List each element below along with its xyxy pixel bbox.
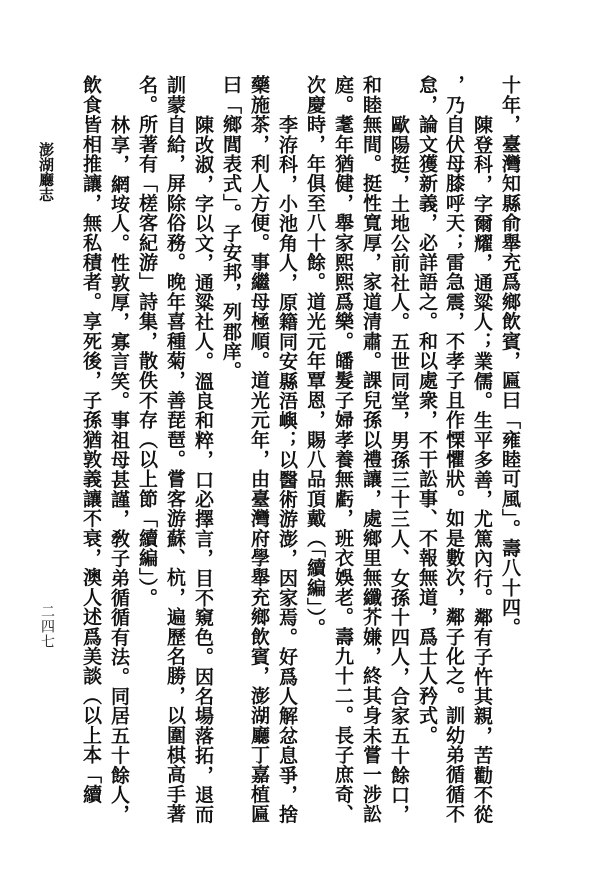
text-column-13: 訓蒙自給，屏除俗務。晚年喜種菊，善琵琶。嘗客游蘇、杭，遍歷名勝，以圍棋高手著: [163, 75, 187, 824]
text-column-16: 飲食皆相推讓，無私積者。享死後，子孫猶敦義讓不衰，澳人述爲美談（以上本「續: [79, 75, 103, 804]
text-column-9: 李洊科，小池角人，原籍同安縣浯嶼；以醫術游澎，因家焉。好爲人解忿息爭，捨: [275, 115, 299, 824]
text-column-1: 十年，臺灣知縣俞舉充爲鄉飲賓，匾曰「雍睦可風」。壽八十四。: [498, 75, 522, 637]
text-column-12: 陳改淑，字以文，通粱社人。溫良和粹，口必擇言，目不窺色。因名場落拓，退而: [191, 115, 215, 824]
document-page: 澎湖廳志 二四七 十年，臺灣知縣俞舉充爲鄉飲賓，匾曰「雍睦可風」。壽八十四。 陳…: [0, 0, 600, 881]
text-column-14: 名。所著有「槎客紀游」詩集，散佚不存（以上節「續編」）。: [135, 75, 159, 608]
running-head-title: 澎湖廳志: [36, 142, 57, 202]
text-column-7: 庭。耄年猶健，舉家熙熙爲樂。皤髮子婦孝養無虧，班衣娛老。壽九十二。長子庶奇、: [331, 75, 355, 824]
text-column-11: 曰「鄉閭表式」。子安邦，列郡庠。: [219, 75, 243, 381]
text-column-2: 陳登科，字爾耀，通粱人；業儒。生平多善，尤篤內行。鄰有子忤其親，苦勸不從: [470, 115, 494, 824]
text-column-3: ，乃自伏母膝呼天；雷急震，不孝子且作慄懼狀。如是數次，鄰子化之。訓幼弟循循不: [442, 75, 466, 824]
text-column-4: 怠，論文獲新義，必詳語之。和以處衆，不干訟事、不報無道，爲士人矜式。: [415, 75, 439, 745]
text-column-6: 和睦無間。挺性寬厚，家道清肅。課兒孫以禮讓，處鄉里無纖芥嫌，終其身未嘗一涉訟: [359, 75, 383, 824]
text-column-15: 林享，網垵人。性敦厚，寡言笑。事祖母甚謹，敎子弟循循有法。同居五十餘人，: [107, 115, 131, 824]
page-number: 二四七: [37, 604, 57, 649]
text-column-5: 歐陽挺，土地公前社人。五世同堂，男孫三十三人、女孫十四人，合家五十餘口，: [387, 115, 411, 824]
text-column-10: 藥施茶，利人方便。事繼母極順。道光元年，由臺灣府學舉充鄉飲賓，澎湖廳丁嘉植匾: [247, 75, 271, 824]
text-column-8: 次慶時，年俱至八十餘。道光元年覃恩，賜八品頂戴（「續編」）。: [303, 75, 327, 638]
